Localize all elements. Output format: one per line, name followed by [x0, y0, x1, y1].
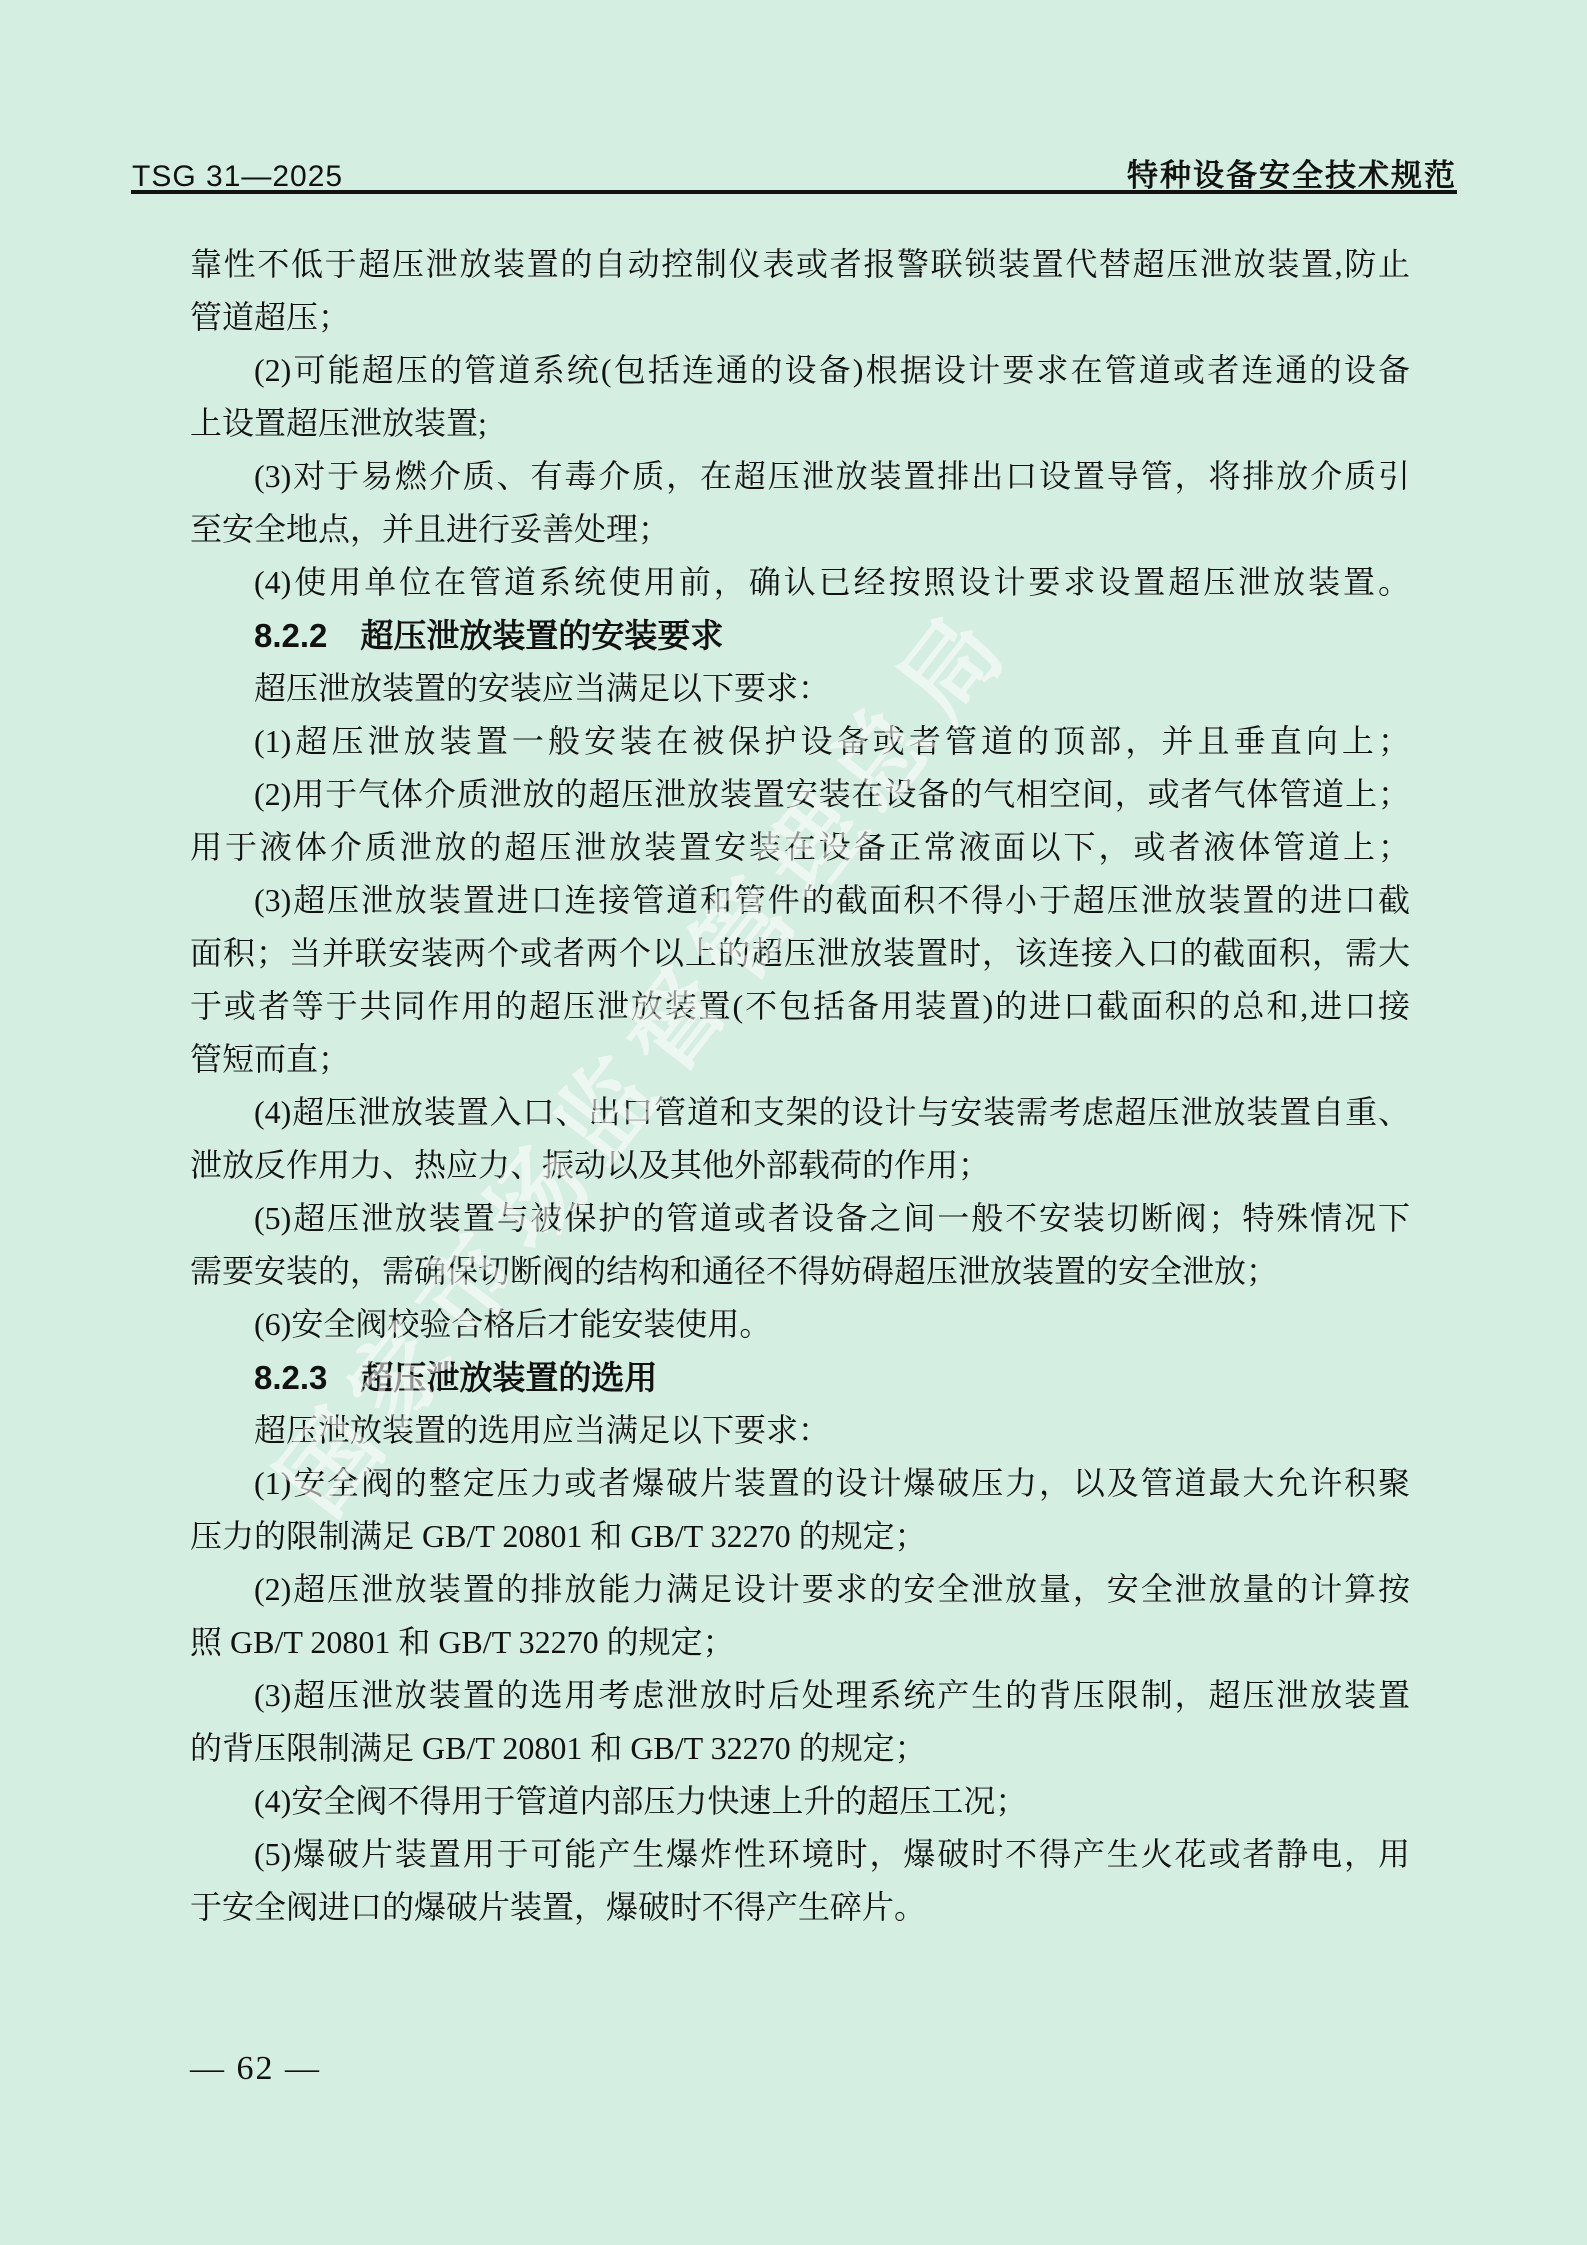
- text-line: (4)超压泄放装置入口、出口管道和支架的设计与安装需考虑超压泄放装置自重、: [190, 1086, 1410, 1139]
- text-line: (4)使用单位在管道系统使用前，确认已经按照设计要求设置超压泄放装置。: [190, 556, 1410, 609]
- header-doc-code: TSG 31—2025: [132, 160, 343, 194]
- text-line: 用于液体介质泄放的超压泄放装置安装在设备正常液面以下，或者液体管道上；: [190, 821, 1410, 874]
- page-header: TSG 31—2025 特种设备安全技术规范: [132, 150, 1457, 195]
- section-heading: 8.2.2 超压泄放装置的安装要求: [190, 609, 1410, 662]
- text-line: 需要安装的，需确保切断阀的结构和通径不得妨碍超压泄放装置的安全泄放；: [190, 1245, 1410, 1298]
- text-line: (5)爆破片装置用于可能产生爆炸性环境时，爆破时不得产生火花或者静电，用: [190, 1828, 1410, 1881]
- text-line: 于或者等于共同作用的超压泄放装置(不包括备用装置)的进口截面积的总和,进口接: [190, 980, 1410, 1033]
- text-line: 压力的限制满足 GB/T 20801 和 GB/T 32270 的规定；: [190, 1510, 1410, 1563]
- page-number: — 62 —: [190, 2050, 321, 2087]
- header-doc-title: 特种设备安全技术规范: [1127, 150, 1457, 195]
- page-footer: — 62 —: [190, 2050, 321, 2088]
- text-line: 超压泄放装置的选用应当满足以下要求：: [190, 1404, 1410, 1457]
- text-line: 靠性不低于超压泄放装置的自动控制仪表或者报警联锁装置代替超压泄放装置,防止: [190, 238, 1410, 291]
- text-line: (1)安全阀的整定压力或者爆破片装置的设计爆破压力，以及管道最大允许积聚: [190, 1457, 1410, 1510]
- text-line: (6)安全阀校验合格后才能安装使用。: [190, 1298, 1410, 1351]
- text-line: 照 GB/T 20801 和 GB/T 32270 的规定；: [190, 1616, 1410, 1669]
- document-body: 靠性不低于超压泄放装置的自动控制仪表或者报警联锁装置代替超压泄放装置,防止管道超…: [190, 238, 1410, 1934]
- text-line: (2)用于气体介质泄放的超压泄放装置安装在设备的气相空间，或者气体管道上；: [190, 768, 1410, 821]
- text-line: (3)对于易燃介质、有毒介质，在超压泄放装置排出口设置导管，将排放介质引: [190, 450, 1410, 503]
- header-rule: [131, 190, 1457, 194]
- text-line: 的背压限制满足 GB/T 20801 和 GB/T 32270 的规定；: [190, 1722, 1410, 1775]
- text-line: (3)超压泄放装置进口连接管道和管件的截面积不得小于超压泄放装置的进口截: [190, 874, 1410, 927]
- text-line: 面积；当并联安装两个或者两个以上的超压泄放装置时，该连接入口的截面积，需大: [190, 927, 1410, 980]
- text-line: (2)超压泄放装置的排放能力满足设计要求的安全泄放量，安全泄放量的计算按: [190, 1563, 1410, 1616]
- text-line: 上设置超压泄放装置;: [190, 397, 1410, 450]
- text-line: (1)超压泄放装置一般安装在被保护设备或者管道的顶部，并且垂直向上；: [190, 715, 1410, 768]
- text-line: 管道超压；: [190, 291, 1410, 344]
- text-line: 泄放反作用力、热应力、振动以及其他外部载荷的作用；: [190, 1139, 1410, 1192]
- section-heading: 8.2.3 超压泄放装置的选用: [190, 1351, 1410, 1404]
- text-line: 管短而直；: [190, 1033, 1410, 1086]
- text-line: (2)可能超压的管道系统(包括连通的设备)根据设计要求在管道或者连通的设备: [190, 344, 1410, 397]
- text-line: (4)安全阀不得用于管道内部压力快速上升的超压工况；: [190, 1775, 1410, 1828]
- text-line: 至安全地点，并且进行妥善处理；: [190, 503, 1410, 556]
- text-line: (5)超压泄放装置与被保护的管道或者设备之间一般不安装切断阀；特殊情况下: [190, 1192, 1410, 1245]
- text-line: 超压泄放装置的安装应当满足以下要求：: [190, 662, 1410, 715]
- text-line: 于安全阀进口的爆破片装置，爆破时不得产生碎片。: [190, 1881, 1410, 1934]
- text-line: (3)超压泄放装置的选用考虑泄放时后处理系统产生的背压限制，超压泄放装置: [190, 1669, 1410, 1722]
- page: TSG 31—2025 特种设备安全技术规范 国家市场监督管理总局 靠性不低于超…: [0, 0, 1587, 2245]
